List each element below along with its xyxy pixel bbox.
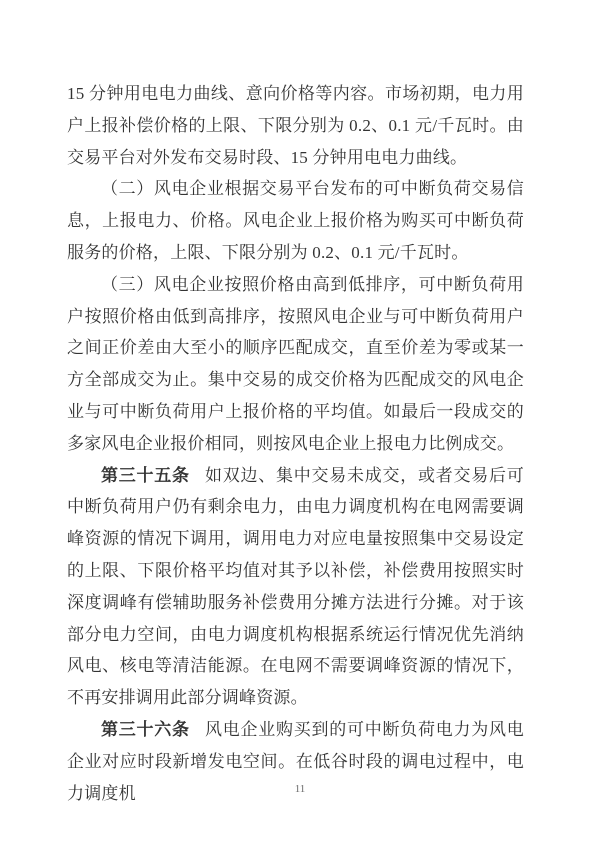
paragraph: （二）风电企业根据交易平台发布的可中断负荷交易信息，上报电力、价格。风电企业上报… xyxy=(67,173,524,268)
article-number: 第三十五条 xyxy=(101,466,190,485)
paragraph-text: 15 分钟用电电力曲线、意向价格等内容。市场初期，电力用户上报补偿价格的上限、下… xyxy=(67,84,524,167)
paragraph: 第三十五条如双边、集中交易未成交，或者交易后可中断负荷用户仍有剩余电力，由电力调… xyxy=(67,460,524,714)
paragraph: （三）风电企业按照价格由高到低排序，可中断负荷用户按照价格由低到高排序，按照风电… xyxy=(67,269,524,460)
page-number: 11 xyxy=(0,782,600,796)
paragraph-text: （三）风电企业按照价格由高到低排序，可中断负荷用户按照价格由低到高排序，按照风电… xyxy=(67,275,524,453)
document-page: 15 分钟用电电力曲线、意向价格等内容。市场初期，电力用户上报补偿价格的上限、下… xyxy=(0,0,600,848)
paragraph: 15 分钟用电电力曲线、意向价格等内容。市场初期，电力用户上报补偿价格的上限、下… xyxy=(67,78,524,173)
paragraph-text: 如双边、集中交易未成交，或者交易后可中断负荷用户仍有剩余电力，由电力调度机构在电… xyxy=(67,466,524,708)
document-body: 15 分钟用电电力曲线、意向价格等内容。市场初期，电力用户上报补偿价格的上限、下… xyxy=(67,78,524,809)
paragraph-text: （二）风电企业根据交易平台发布的可中断负荷交易信息，上报电力、价格。风电企业上报… xyxy=(67,179,524,262)
article-number: 第三十六条 xyxy=(101,720,190,739)
